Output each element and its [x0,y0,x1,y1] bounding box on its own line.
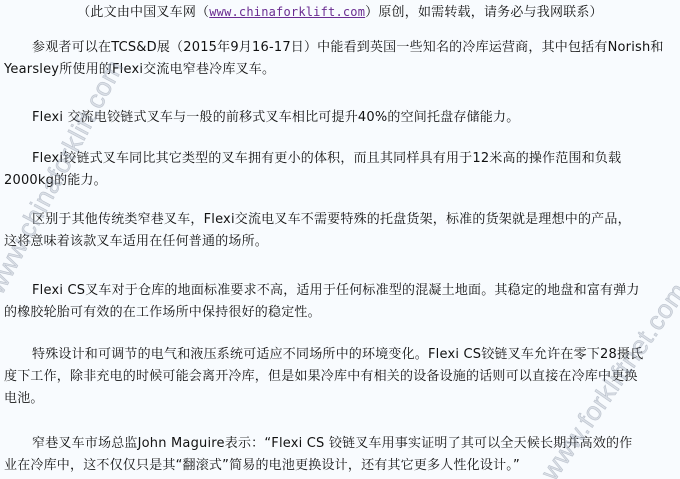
paragraph-3-line-1: Flexi铰链式叉车同比其它类型的叉车拥有更小的体积，而且其同样具有用于12米高… [32,150,621,168]
paragraph-2-line-1: Flexi 交流电铰链式叉车与一般的前移式叉车相比可提升40%的空间托盘存储能力… [32,109,519,127]
paragraph-5-line-2: 的橡胶轮胎可有效的在工作场所中保持很好的稳定性。 [4,304,321,322]
paragraph-7-line-2: 业在冷库中，这不仅仅只是其“翻滚式”简易的电池更换设计，还有其它更多人性化设计。… [4,457,520,475]
article-document: （此文由中国叉车网（www.chinaforklift.com）原创，如需转载，… [0,0,680,479]
source-link[interactable]: www.chinaforklift.com [209,5,365,19]
paragraph-6-line-3: 电池。 [4,390,44,408]
paragraph-5-line-1: Flexi CS叉车对于仓库的地面标准要求不高，适用于任何标准型的混凝土地面。其… [32,282,640,300]
paragraph-6-line-1: 特殊设计和可调节的电气和液压系统可适应不同场所中的环境变化。Flexi CS铰链… [32,346,643,364]
paragraph-3-line-2: 2000kg的能力。 [4,172,107,190]
paragraph-1-line-2: Yearsley所使用的Flexi交流电窄巷冷库叉车。 [4,61,275,79]
paragraph-4-line-2: 这将意味着该款叉车适用在任何普通的场所。 [4,233,268,251]
paragraph-7-line-1: 窄巷叉车市场总监John Maguire表示：“Flexi CS 铰链叉车用事实… [32,435,632,453]
paragraph-4-line-1: 区别于其他传统类窄巷叉车，Flexi交流电叉车不需要特殊的托盘货架，标准的货架就… [32,211,631,229]
paragraph-6-line-2: 度下工作，除非充电的时候可能会离开冷库，但是如果冷库中有相关的设备设施的话则可以… [4,368,638,386]
copyright-prefix: （此文由中国叉车网（ [77,5,209,20]
copyright-notice: （此文由中国叉车网（www.chinaforklift.com）原创，如需转载，… [0,3,680,21]
paragraph-1-line-1: 参观者可以在TCS&D展（2015年9月16-17日）中能看到英国一些知名的冷库… [32,39,664,57]
copyright-suffix: ）原创，如需转载，请务必与我网联系） [365,5,603,20]
